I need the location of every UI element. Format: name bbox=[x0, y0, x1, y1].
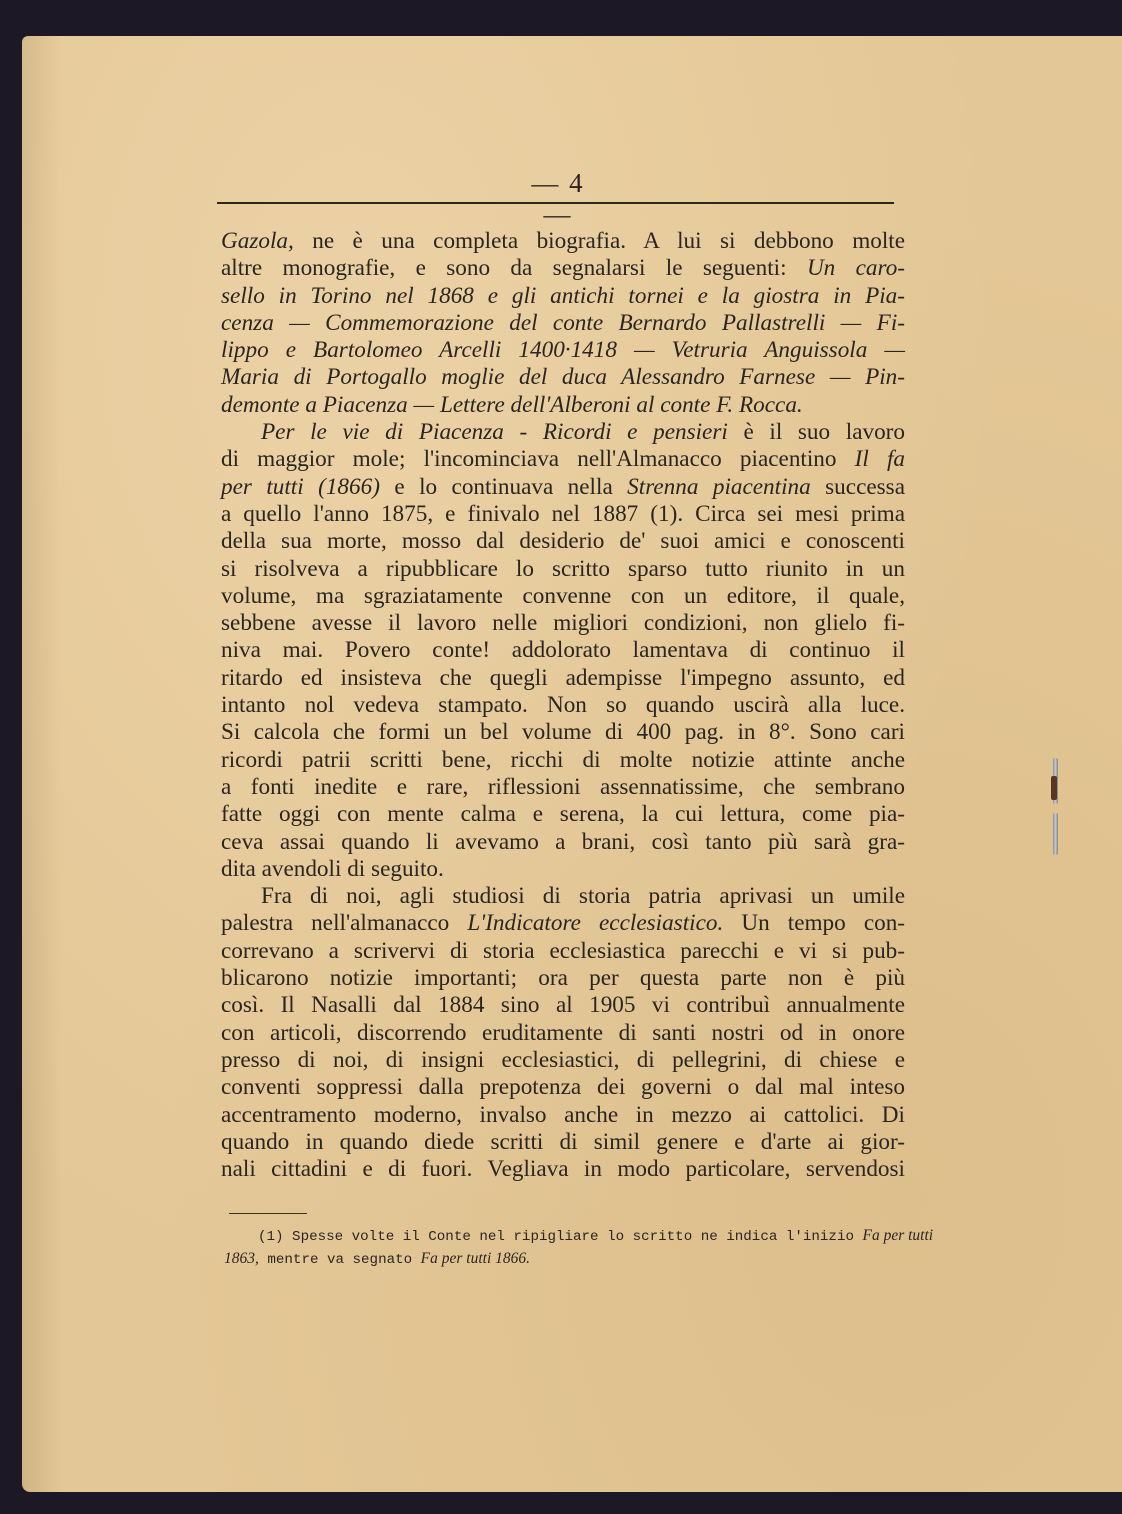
text-run: a fonti inedite e rare, riflessioni asse… bbox=[221, 774, 905, 800]
text-line: nali cittadini e di fuori. Vegliava in m… bbox=[221, 1156, 905, 1183]
footnote-italic: Fa per tutti 1866. bbox=[421, 1250, 530, 1267]
text-line: demonte a Piacenza — Lettere dell'Albero… bbox=[221, 392, 905, 419]
text-run: presso di noi, di insigni ecclesiastici,… bbox=[221, 1047, 905, 1073]
text-run: con articoli, discorrendo eruditamente d… bbox=[221, 1020, 905, 1046]
footnote-italic: 1863, bbox=[224, 1250, 259, 1267]
text-run: Un tempo con- bbox=[723, 910, 905, 936]
text-line: conventi soppressi dalla prepotenza dei … bbox=[221, 1074, 905, 1101]
text-run: volume, ma sgraziatamente convenne con u… bbox=[221, 583, 905, 609]
text-line: ceva assai quando li avevamo a brani, co… bbox=[221, 829, 905, 856]
text-run: di maggior mole; l'incominciava nell'Alm… bbox=[221, 446, 855, 472]
text-run: dita avendoli di seguito. bbox=[221, 856, 444, 882]
footnote-italic: Fa per tutti bbox=[863, 1227, 934, 1244]
italic-title: Un caro- bbox=[807, 255, 905, 281]
text-run: a quello l'anno 1875, e finivalo nel 188… bbox=[221, 501, 905, 527]
italic-title: per tutti (1866) bbox=[221, 474, 380, 500]
text-run: successa bbox=[811, 474, 905, 500]
text-run: Si calcola che formi un bel volume di 40… bbox=[221, 719, 905, 745]
text-run: ritardo ed insisteva che quegli adempiss… bbox=[221, 665, 905, 691]
text-line: sebbene avesse il lavoro nelle migliori … bbox=[221, 610, 905, 637]
text-run: sebbene avesse il lavoro nelle migliori … bbox=[221, 610, 905, 636]
text-run: niva mai. Povero conte! addolorato lamen… bbox=[221, 637, 905, 663]
text-line: palestra nell'almanacco L'Indicatore ecc… bbox=[221, 910, 905, 937]
text-line: intanto nol vedeva stampato. Non so quan… bbox=[221, 692, 905, 719]
text-line: quando in quando diede scritti di simil … bbox=[221, 1129, 905, 1156]
footnote-line: (1) Spesse volte il Conte nel ripigliare… bbox=[224, 1225, 904, 1248]
text-line: ricordi patrii scritti bene, ricchi di m… bbox=[221, 747, 905, 774]
italic-title: cenza — Commemorazione del conte Bernard… bbox=[221, 310, 905, 336]
text-run: è il suo lavoro bbox=[728, 419, 905, 445]
text-line: Si calcola che formi un bel volume di 40… bbox=[221, 719, 905, 746]
italic-title: demonte a Piacenza — Lettere dell'Albero… bbox=[221, 392, 803, 418]
staple-top bbox=[1053, 758, 1058, 804]
italic-title: Per le vie di Piacenza - Ricordi e pensi… bbox=[261, 419, 728, 445]
italic-title: Strenna piacentina bbox=[627, 474, 811, 500]
text-line: accentramento moderno, invalso anche in … bbox=[221, 1102, 905, 1129]
text-line: niva mai. Povero conte! addolorato lamen… bbox=[221, 637, 905, 664]
text-line: cenza — Commemorazione del conte Bernard… bbox=[221, 310, 905, 337]
text-line: per tutti (1866) e lo continuava nella S… bbox=[221, 474, 905, 501]
text-line: a quello l'anno 1875, e finivalo nel 188… bbox=[221, 501, 905, 528]
footnote-text: mentre va segnato bbox=[259, 1252, 421, 1268]
text-line: con articoli, discorrendo eruditamente d… bbox=[221, 1020, 905, 1047]
text-line: a fonti inedite e rare, riflessioni asse… bbox=[221, 774, 905, 801]
text-line: di maggior mole; l'incominciava nell'Alm… bbox=[221, 446, 905, 473]
text-line: Per le vie di Piacenza - Ricordi e pensi… bbox=[221, 419, 905, 446]
footnotes: (1) Spesse volte il Conte nel ripigliare… bbox=[224, 1225, 904, 1271]
text-line: sello in Torino nel 1868 e gli antichi t… bbox=[221, 283, 905, 310]
text-line: altre monografie, e sono da segnalarsi l… bbox=[221, 255, 905, 282]
text-line: così. Il Nasalli dal 1884 sino al 1905 v… bbox=[221, 992, 905, 1019]
italic-title: lippo e Bartolomeo Arcelli 1400·1418 — V… bbox=[221, 337, 905, 363]
text-run: conventi soppressi dalla prepotenza dei … bbox=[221, 1074, 905, 1100]
text-run: ne è una completa biografia. A lui si de… bbox=[294, 228, 905, 254]
italic-title: L'Indicatore ecclesiastico. bbox=[467, 910, 723, 936]
text-line: Fra di noi, agli studiosi di storia patr… bbox=[221, 883, 905, 910]
text-line: presso di noi, di insigni ecclesiastici,… bbox=[221, 1047, 905, 1074]
text-run: quando in quando diede scritti di simil … bbox=[221, 1129, 905, 1155]
italic-title: sello in Torino nel 1868 e gli antichi t… bbox=[221, 283, 905, 309]
text-run: altre monografie, e sono da segnalarsi l… bbox=[221, 255, 807, 281]
text-line: dita avendoli di seguito. bbox=[221, 856, 905, 883]
text-run: Fra di noi, agli studiosi di storia patr… bbox=[261, 883, 905, 909]
text-run: accentramento moderno, invalso anche in … bbox=[221, 1102, 905, 1128]
italic-title: Il fa bbox=[855, 446, 905, 472]
text-run: blicarono notizie importanti; ora per qu… bbox=[221, 965, 905, 991]
text-line: si risolveva a ripubblicare lo scritto s… bbox=[221, 556, 905, 583]
text-run: correvano a scrivervi di storia ecclesia… bbox=[221, 938, 905, 964]
text-line: ritardo ed insisteva che quegli adempiss… bbox=[221, 665, 905, 692]
text-run: si risolveva a ripubblicare lo scritto s… bbox=[221, 556, 905, 582]
staple-bottom bbox=[1053, 813, 1058, 855]
text-line: Gazola, ne è una completa biografia. A l… bbox=[221, 228, 905, 255]
text-run: fatte oggi con mente calma e serena, la … bbox=[221, 801, 905, 827]
text-line: della sua morte, mosso dal desiderio de'… bbox=[221, 528, 905, 555]
body-text: Gazola, ne è una completa biografia. A l… bbox=[221, 228, 905, 1183]
text-run: palestra nell'almanacco bbox=[221, 910, 467, 936]
footnote-rule bbox=[229, 1213, 307, 1214]
text-line: Maria di Portogallo moglie del duca Ales… bbox=[221, 364, 905, 391]
text-line: fatte oggi con mente calma e serena, la … bbox=[221, 801, 905, 828]
page-number: — 4 — bbox=[513, 168, 603, 230]
text-line: lippo e Bartolomeo Arcelli 1400·1418 — V… bbox=[221, 337, 905, 364]
text-run: ricordi patrii scritti bene, ricchi di m… bbox=[221, 747, 905, 773]
text-run: così. Il Nasalli dal 1884 sino al 1905 v… bbox=[221, 992, 905, 1018]
footnote-text: (1) Spesse volte il Conte nel ripigliare… bbox=[258, 1229, 863, 1245]
text-run: ceva assai quando li avevamo a brani, co… bbox=[221, 829, 905, 855]
italic-title: Maria di Portogallo moglie del duca Ales… bbox=[221, 364, 905, 390]
text-run: e lo continuava nella bbox=[380, 474, 627, 500]
text-line: correvano a scrivervi di storia ecclesia… bbox=[221, 938, 905, 965]
italic-title: Gazola, bbox=[221, 228, 294, 254]
header-rule bbox=[217, 202, 894, 204]
text-run: intanto nol vedeva stampato. Non so quan… bbox=[221, 692, 905, 718]
text-line: volume, ma sgraziatamente convenne con u… bbox=[221, 583, 905, 610]
text-run: della sua morte, mosso dal desiderio de'… bbox=[221, 528, 905, 554]
footnote-line: 1863, mentre va segnato Fa per tutti 186… bbox=[224, 1248, 904, 1271]
text-line: blicarono notizie importanti; ora per qu… bbox=[221, 965, 905, 992]
text-run: nali cittadini e di fuori. Vegliava in m… bbox=[221, 1156, 905, 1182]
